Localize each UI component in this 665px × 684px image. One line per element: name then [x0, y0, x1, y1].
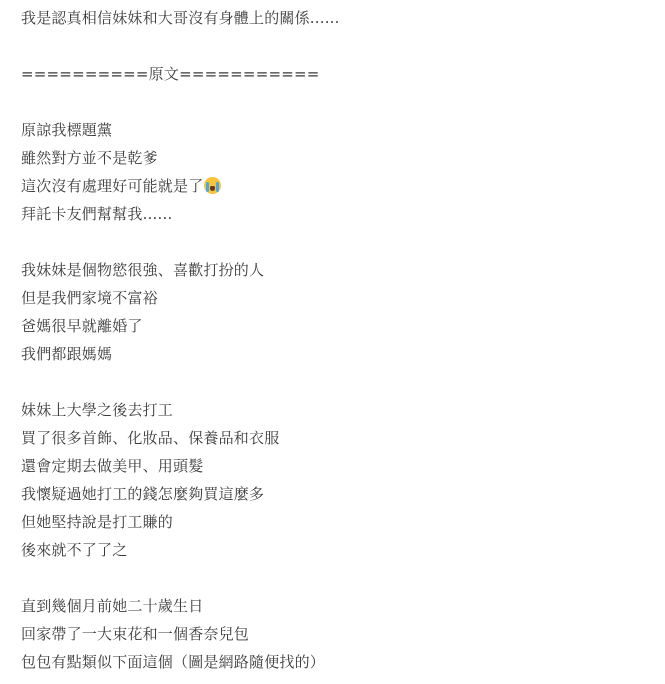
paragraph-2: 我妹妹是個物慾很強、喜歡打扮的人 但是我們家境不富裕 爸媽很早就離婚了 我們都跟… [21, 256, 651, 368]
original-text-divider: ==========原文=========== [21, 60, 651, 88]
blank-line [21, 564, 651, 592]
text-line: 妹妹上大學之後去打工 [21, 396, 651, 424]
intro-line: 我是認真相信妹妹和大哥沒有身體上的關係...... [21, 4, 651, 32]
text-line: 但是我們家境不富裕 [21, 284, 651, 312]
loudly-crying-face-icon [204, 177, 221, 194]
text-line: 後來就不了了之 [21, 536, 651, 564]
text-line: 買了很多首飾、化妝品、保養品和衣服 [21, 424, 651, 452]
blank-line [21, 32, 651, 60]
text-line: 拜託卡友們幫幫我...... [21, 200, 651, 228]
blank-line [21, 368, 651, 396]
text-line: 爸媽很早就離婚了 [21, 312, 651, 340]
text-line-with-emoji: 這次沒有處理好可能就是了 [21, 172, 651, 200]
text-line: 但她堅持說是打工賺的 [21, 508, 651, 536]
text-line: 我懷疑過她打工的錢怎麼夠買這麼多 [21, 480, 651, 508]
blank-line [21, 88, 651, 116]
paragraph-3: 妹妹上大學之後去打工 買了很多首飾、化妝品、保養品和衣服 還會定期去做美甲、用頭… [21, 396, 651, 564]
text-line: 回家帶了一大束花和一個香奈兒包 [21, 620, 651, 648]
text-line: 我妹妹是個物慾很強、喜歡打扮的人 [21, 256, 651, 284]
paragraph-4: 直到幾個月前她二十歲生日 回家帶了一大束花和一個香奈兒包 包包有點類似下面這個（… [21, 592, 651, 676]
text-line: 這次沒有處理好可能就是了 [21, 177, 203, 195]
paragraph-1: 原諒我標題黨 雖然對方並不是乾爹 這次沒有處理好可能就是了 拜託卡友們幫幫我..… [21, 116, 651, 228]
text-line: 還會定期去做美甲、用頭髮 [21, 452, 651, 480]
text-line: 我們都跟媽媽 [21, 340, 651, 368]
text-line: 直到幾個月前她二十歲生日 [21, 592, 651, 620]
text-line: 包包有點類似下面這個（圖是網路隨便找的） [21, 648, 651, 676]
text-line: 原諒我標題黨 [21, 116, 651, 144]
text-line: 雖然對方並不是乾爹 [21, 144, 651, 172]
post-body: 我是認真相信妹妹和大哥沒有身體上的關係...... ==========原文==… [21, 4, 651, 676]
blank-line [21, 228, 651, 256]
